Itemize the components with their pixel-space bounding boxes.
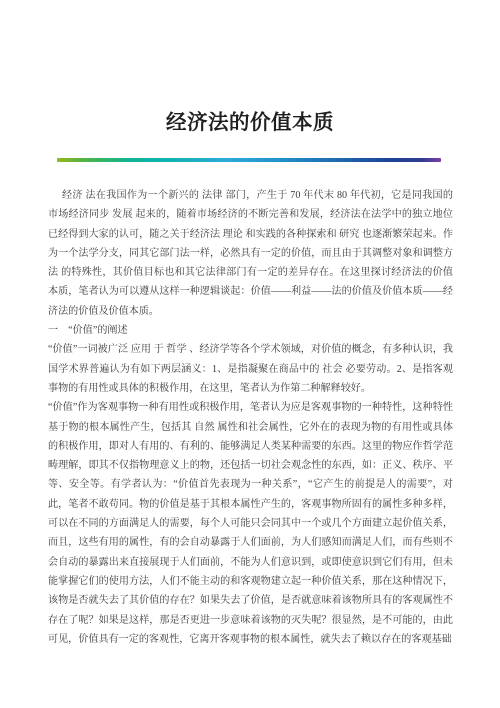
value-definition-paragraph: “价值”一词被广泛 应用 于 哲学 、经济学等各个学术领域，对价值的概念，有多种…	[48, 340, 453, 398]
section-heading-value-explanation: 一 “价值”的阐述	[48, 321, 453, 340]
intro-paragraph: 经济 法在我国作为一个新兴的 法律 部门，产生于 70 年代末 80 年代初，它…	[48, 186, 453, 321]
document-body: 经济 法在我国作为一个新兴的 法律 部门，产生于 70 年代末 80 年代初，它…	[48, 186, 453, 649]
document-page: 经济法的价值本质 经济 法在我国作为一个新兴的 法律 部门，产生于 70 年代末…	[0, 0, 500, 708]
page-title: 经济法的价值本质	[0, 111, 500, 135]
value-analysis-paragraph: “价值”作为客观事物一种有用性或积极作用，笔者认为应是客观事物的一种特性，这种特…	[48, 398, 453, 649]
title-divider-gradient-bar	[57, 158, 441, 162]
